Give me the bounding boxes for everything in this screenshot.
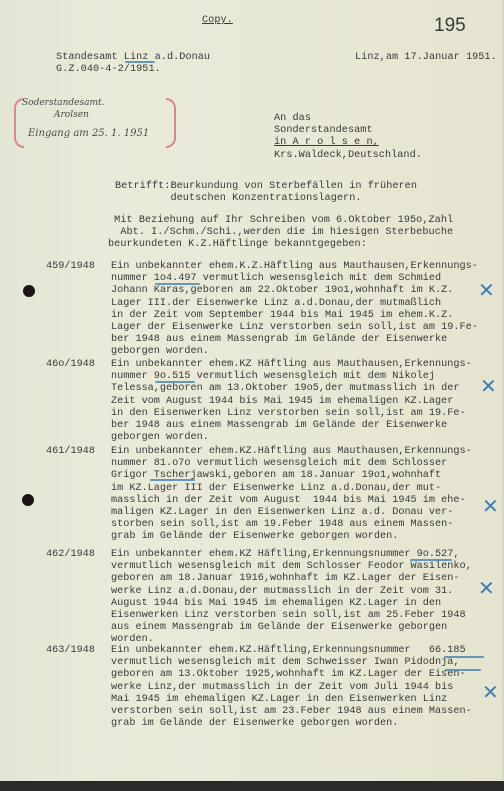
sender-block: Standesamt Linz a.d.Donau G.Z.040-4-2/19… <box>56 52 210 76</box>
check-x-icon: ✕ <box>482 494 499 518</box>
entry-number: 459/1948 <box>46 261 95 273</box>
subject-line: Betrifft:Beurkundung von Sterbefällen in… <box>115 181 417 205</box>
entry-number: 46o/1948 <box>46 359 95 371</box>
stamp-line-city: Arolsen <box>54 110 89 120</box>
punch-hole-lower <box>22 494 34 506</box>
check-x-icon: ✕ <box>478 278 495 302</box>
entry-number: 461/1948 <box>46 446 95 458</box>
check-x-icon: ✕ <box>480 374 497 398</box>
ink-underline-prisoner-number <box>155 283 200 285</box>
check-x-icon: ✕ <box>478 576 495 600</box>
reference-number: G.Z.040-4-2/1951. <box>56 64 161 75</box>
page-number: 195 <box>434 15 466 37</box>
recipient-line-2: Sonderstandesamt <box>274 125 373 136</box>
ink-underline-name <box>445 669 481 671</box>
recipient-line-1: An das <box>274 113 311 124</box>
ink-strike-linz <box>125 61 155 63</box>
recipient-line-4: Krs.Waldeck,Deutschland. <box>274 150 422 161</box>
ink-underline-prisoner-number <box>410 559 452 561</box>
ink-underline-prisoner-number <box>155 381 195 383</box>
entry-number: 463/1948 <box>46 645 95 657</box>
entry-text: Ein unbekannter ehem.K.Z.Häftling aus Ma… <box>111 261 478 359</box>
entry-text: Ein unbekannter ehem.KZ Häftling,Erkennu… <box>111 549 472 647</box>
stamp-bracket-right <box>166 98 176 148</box>
recipient-line-3: in A r o l s e n, <box>274 137 379 148</box>
stamp-line-received: Eingang am 25. 1. 1951 <box>28 128 149 139</box>
punch-hole-upper <box>23 285 35 297</box>
entry-text: Ein unbekannter ehem.KZ.Häftling aus Mau… <box>111 446 472 544</box>
ink-underline-name <box>150 479 195 481</box>
entry-number: 462/1948 <box>46 549 95 561</box>
stamp-line-office: Soderstandesamt. <box>22 98 104 108</box>
entry-text: Ein unbekannter ehem.KZ Häftling aus Mau… <box>111 359 472 444</box>
recipient-address: An das Sonderstandesamt in A r o l s e n… <box>274 113 422 162</box>
copy-label: Copy. <box>202 15 233 27</box>
letter-date: Linz,am 17.Januar 1951. <box>355 52 497 64</box>
scan-edge <box>0 781 504 791</box>
ink-underline-prisoner-number <box>444 656 484 658</box>
document-page: Copy. 195 Standesamt Linz a.d.Donau G.Z.… <box>0 0 504 780</box>
intro-paragraph: Mit Beziehung auf Ihr Schreiben vom 6.Ok… <box>108 215 453 252</box>
entry-text: Ein unbekannter ehem.KZ.Häftling,Erkennu… <box>111 645 472 730</box>
check-x-icon: ✕ <box>482 680 499 704</box>
receipt-stamp: Soderstandesamt. Arolsen Eingang am 25. … <box>14 96 174 150</box>
